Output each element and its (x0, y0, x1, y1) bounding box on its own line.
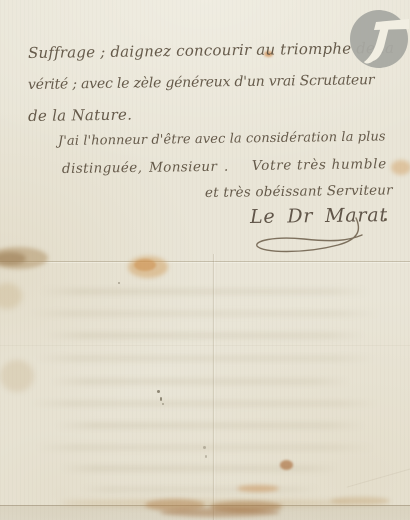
paper-stain (60, 499, 350, 507)
letter-line-3: de la Nature. (28, 106, 132, 125)
ink-speck (157, 390, 160, 393)
letter-line-6: Votre très humble (252, 156, 387, 174)
letter-photograph: Suffrage ; daignez concourir au triomphe… (0, 0, 410, 520)
ink-showthrough (40, 288, 370, 295)
ink-dot (384, 218, 387, 221)
paper-stain (330, 497, 390, 505)
ink-speck (118, 282, 120, 284)
letter-line-7: et très obéissant Serviteur (205, 182, 393, 201)
letter-line-5: distinguée, Monsieur . (62, 159, 229, 177)
paper-stain (0, 360, 34, 392)
ink-showthrough (60, 465, 340, 472)
fold-crease-vertical (213, 254, 214, 520)
paper-stain (237, 485, 279, 492)
paper-stain (391, 160, 410, 175)
paper-stain (134, 259, 156, 271)
paper-stain (160, 508, 280, 517)
ink-showthrough (45, 332, 365, 339)
auction-watermark-icon (349, 9, 409, 69)
fold-crease-horizontal-faint (0, 345, 410, 346)
ink-showthrough (30, 400, 380, 407)
ink-showthrough (50, 378, 350, 385)
ink-showthrough (80, 486, 320, 493)
ink-showthrough (55, 422, 365, 429)
ink-speck (160, 397, 162, 401)
ink-speck (162, 403, 164, 405)
ink-showthrough (30, 310, 380, 317)
signature-flourish-icon (244, 216, 380, 266)
ink-showthrough (35, 355, 375, 362)
paper-stain (280, 460, 293, 470)
ink-speck (205, 455, 207, 458)
ink-speck (203, 446, 206, 449)
